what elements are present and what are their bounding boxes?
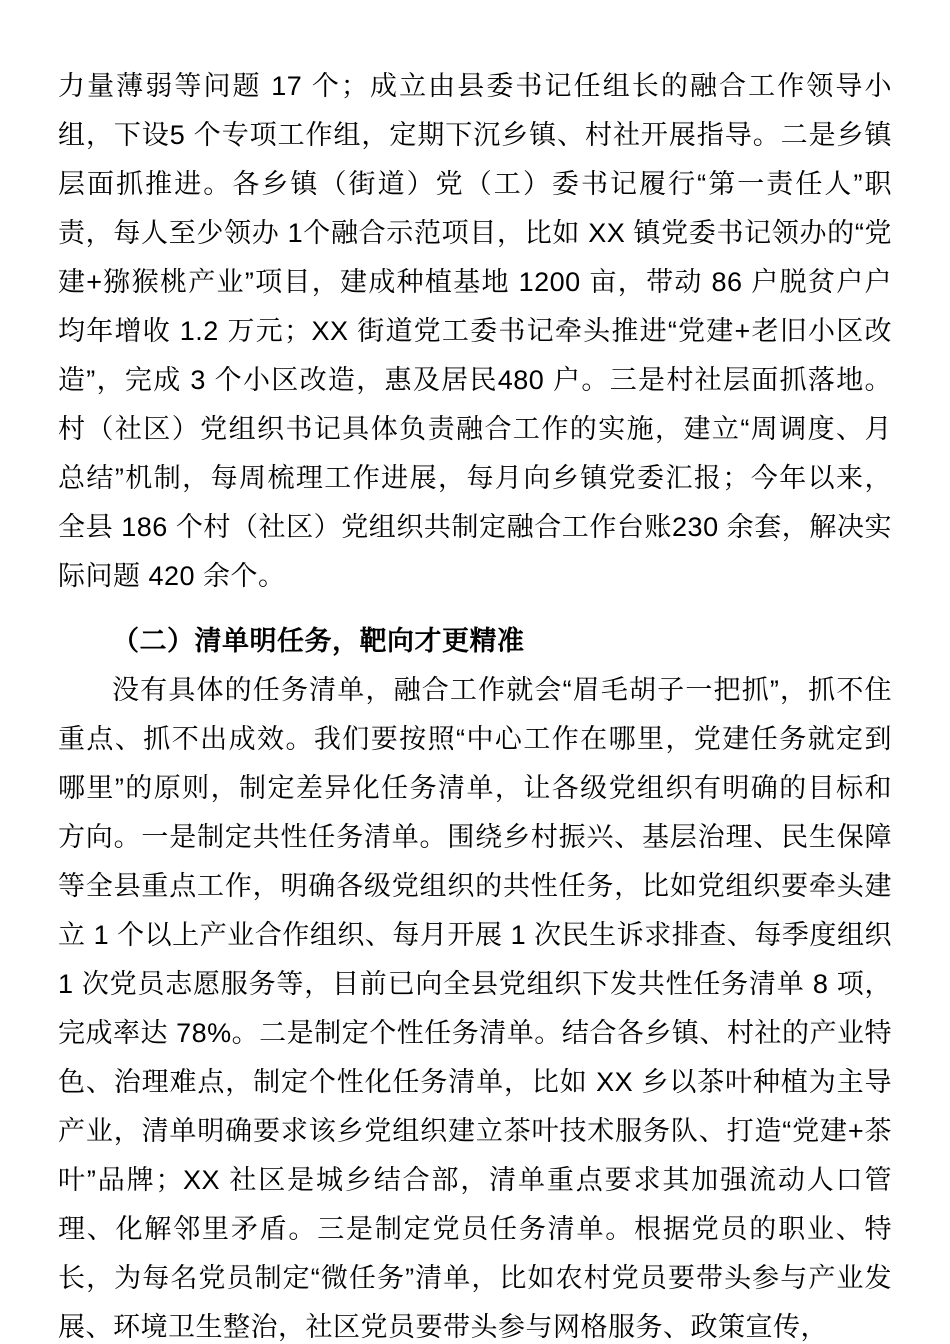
document-page: 力量薄弱等问题 17 个；成立由县委书记任组长的融合工作领导小组，下设5 个专项… bbox=[0, 0, 950, 1344]
document-body: 力量薄弱等问题 17 个；成立由县委书记任组长的融合工作领导小组，下设5 个专项… bbox=[58, 62, 892, 1344]
paragraph: 没有具体的任务清单，融合工作就会“眉毛胡子一把抓”，抓不住重点、抓不出成效。我们… bbox=[58, 666, 892, 1344]
section-heading: （二）清单明任务，靶向才更精准 bbox=[58, 617, 892, 666]
paragraph-continuation: 力量薄弱等问题 17 个；成立由县委书记任组长的融合工作领导小组，下设5 个专项… bbox=[58, 62, 892, 601]
